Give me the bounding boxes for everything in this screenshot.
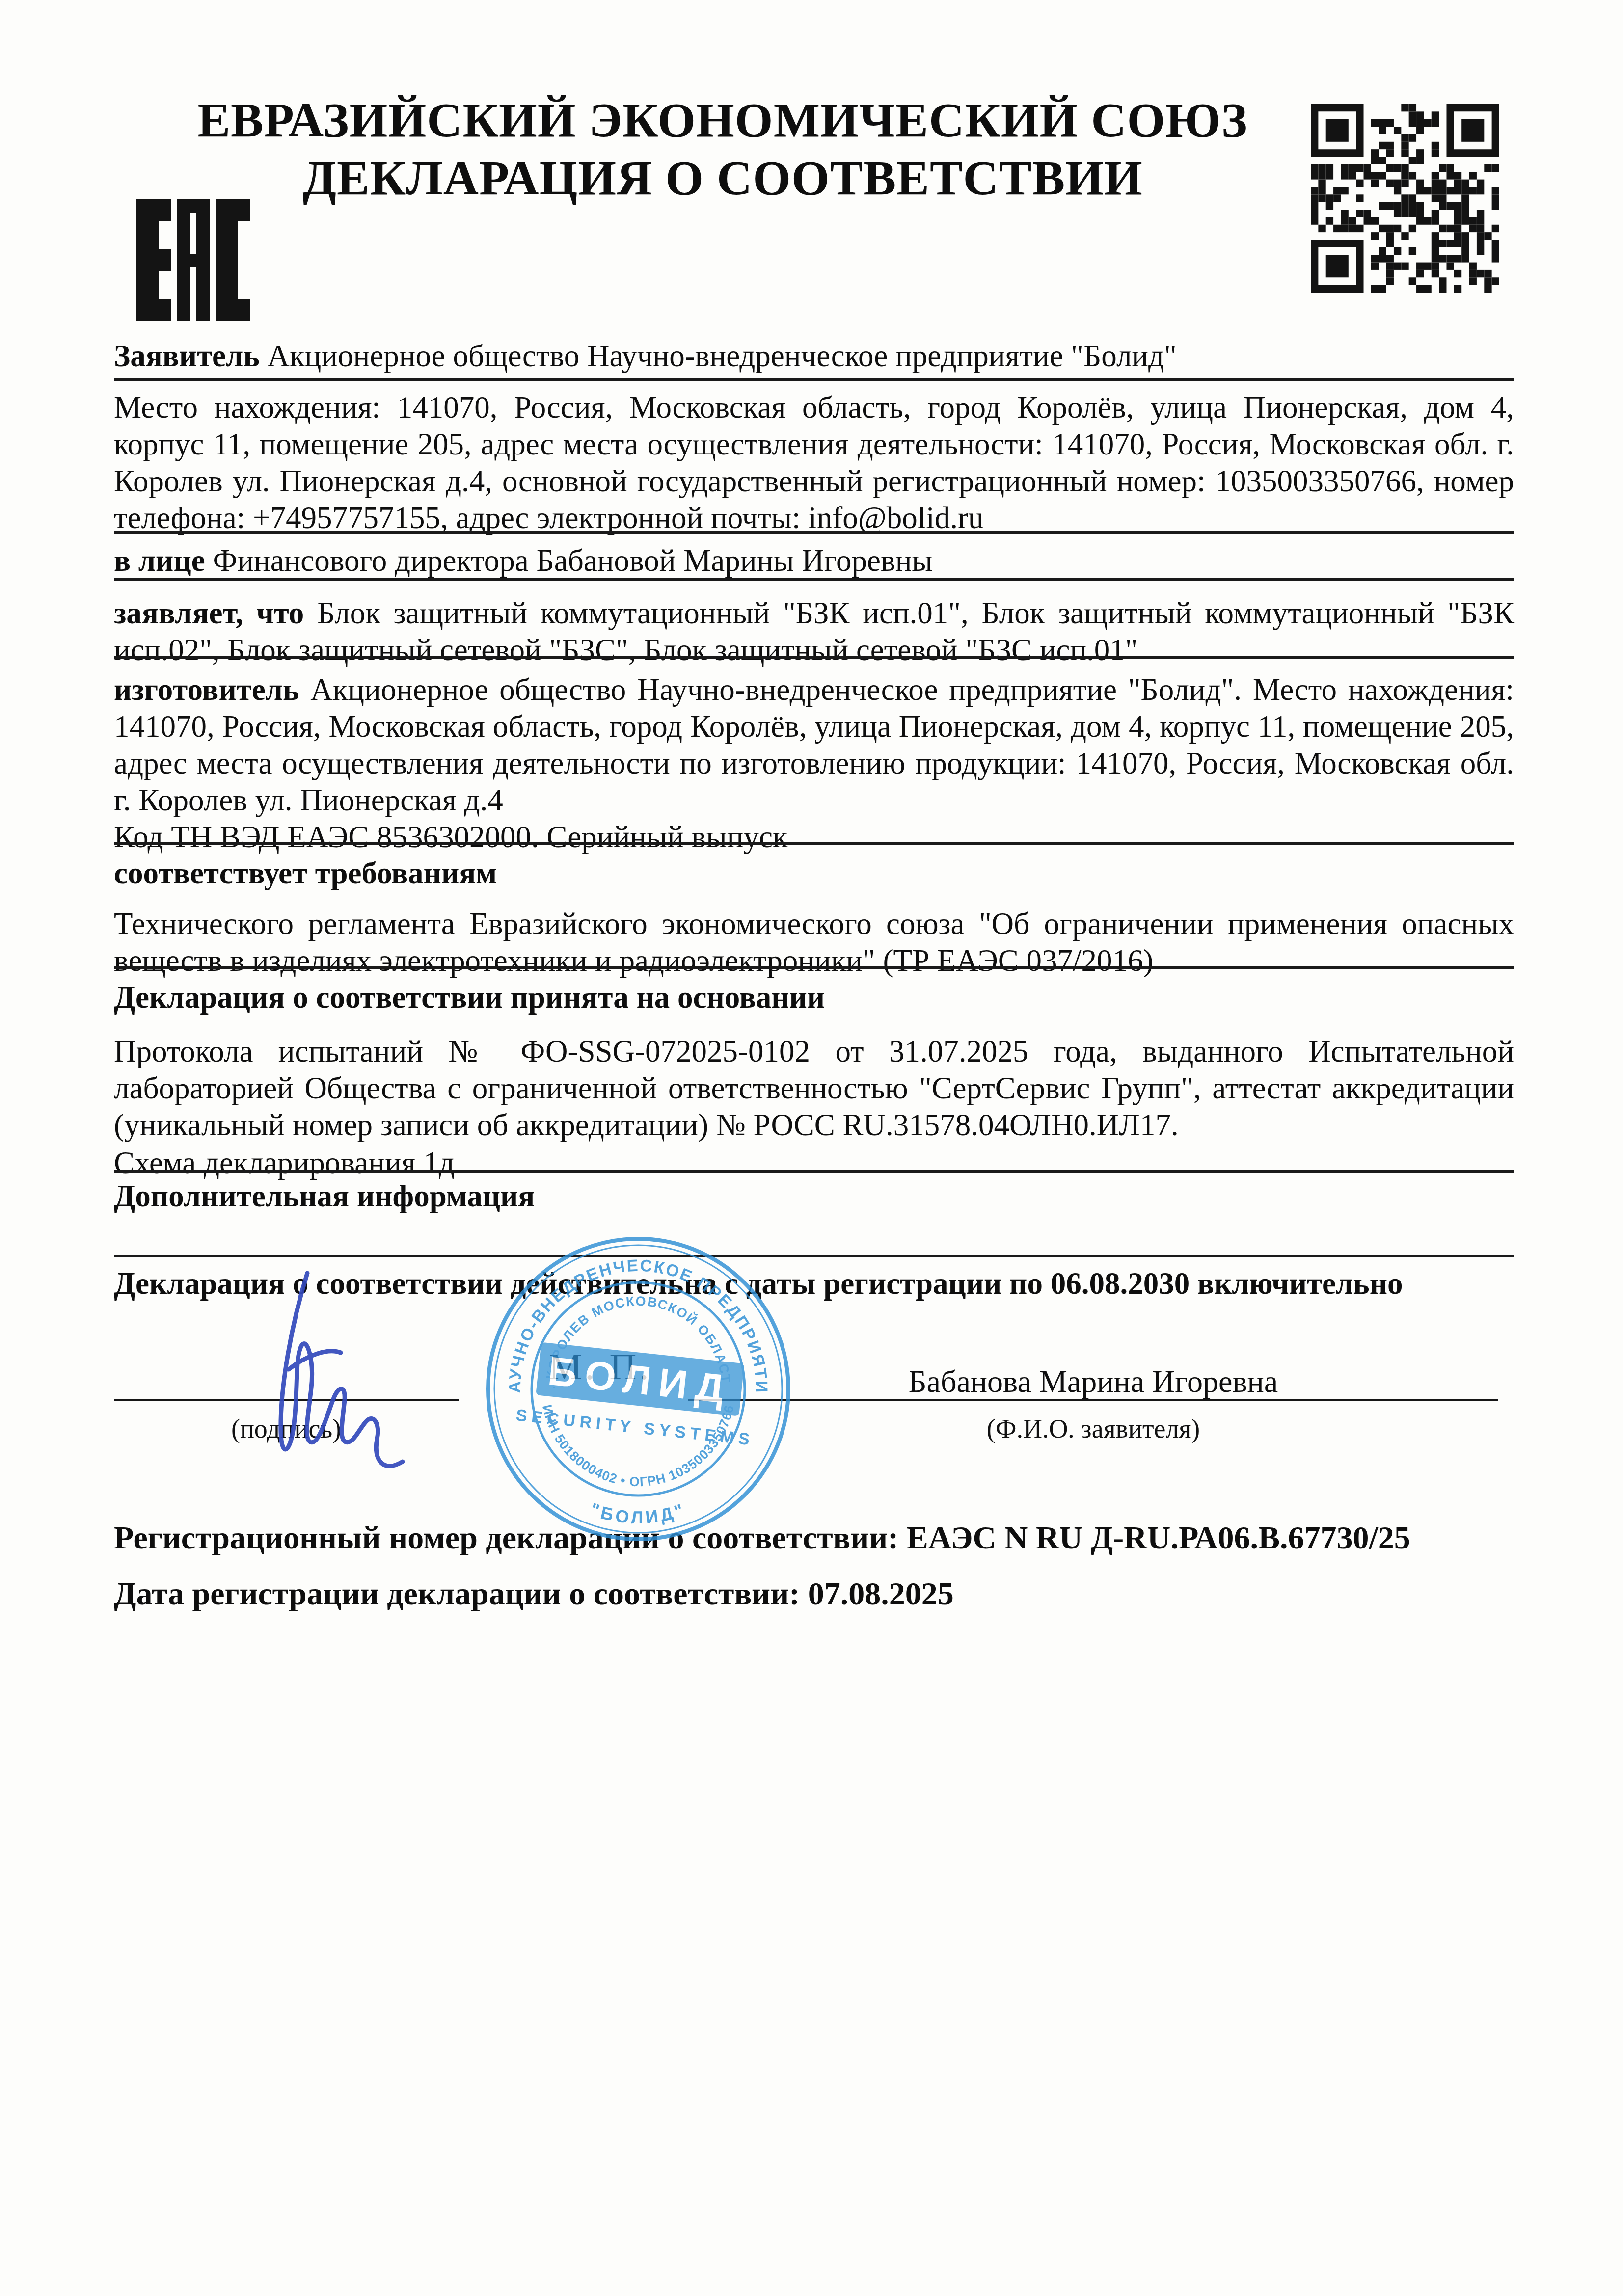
handwritten-signature <box>230 1264 446 1480</box>
applicant-label: Заявитель <box>114 339 260 373</box>
divider <box>114 966 1514 969</box>
basis-text: Протокола испытаний № ФО-SSG-072025-0102… <box>114 1033 1514 1144</box>
registration-number-line: Регистрационный номер декларации о соотв… <box>114 1520 1538 1557</box>
divider <box>114 378 1514 381</box>
basis-heading: Декларация о соответствии принята на осн… <box>114 979 1514 1016</box>
scheme-line: Схема декларирования 1д <box>114 1145 1514 1181</box>
divider <box>114 842 1514 845</box>
divider <box>114 1255 1514 1257</box>
svg-text:"БОЛИД": "БОЛИД" <box>588 1499 689 1527</box>
in-person-row: в лице Финансового директора Бабановой М… <box>114 542 1514 579</box>
divider <box>114 578 1514 581</box>
registration-date-value: 07.08.2025 <box>808 1576 954 1612</box>
compliance-heading: соответствует требованиям <box>114 855 1514 892</box>
applicant-value: Акционерное общество Научно-внедренческо… <box>260 339 1177 373</box>
company-stamp: НАУЧНО-ВНЕДРЕНЧЕСКОЕ ПРЕДПРИЯТИЕ "БОЛИД"… <box>470 1221 806 1557</box>
divider <box>114 656 1514 659</box>
registration-date-line: Дата регистрации декларации о соответств… <box>114 1575 1538 1613</box>
in-person-label: в лице <box>114 543 205 578</box>
declaration-title: ДЕКЛАРАЦИЯ О СООТВЕТСТВИИ <box>114 149 1331 207</box>
divider <box>114 1170 1514 1173</box>
manufacturer-value: Акционерное общество Научно-внедренческо… <box>114 672 1514 817</box>
declares-label: заявляет, что <box>114 596 304 630</box>
divider <box>114 531 1514 534</box>
registration-number-value: ЕАЭС N RU Д-RU.РА06.В.67730/25 <box>907 1520 1410 1556</box>
manufacturer-paragraph: изготовитель Акционерное общество Научно… <box>114 671 1514 819</box>
document-header: ЕВРАЗИЙСКИЙ ЭКОНОМИЧЕСКИЙ СОЮЗ ДЕКЛАРАЦИ… <box>114 91 1331 207</box>
eac-mark-icon <box>136 198 250 322</box>
union-title: ЕВРАЗИЙСКИЙ ЭКОНОМИЧЕСКИЙ СОЮЗ <box>114 91 1331 149</box>
qr-code-icon <box>1311 104 1499 293</box>
signer-name: Бабанова Марина Игоревна <box>688 1363 1498 1400</box>
applicant-row: Заявитель Акционерное общество Научно-вн… <box>114 338 1514 374</box>
additional-info-heading: Дополнительная информация <box>114 1178 1514 1215</box>
tn-ved-line: Код ТН ВЭД ЕАЭС 8536302000. Серийный вып… <box>114 819 1514 855</box>
applicant-address: Место нахождения: 141070, Россия, Москов… <box>114 389 1514 536</box>
manufacturer-label: изготовитель <box>114 672 299 707</box>
stamp-logo-main: БОЛИД <box>546 1349 734 1413</box>
registration-date-label: Дата регистрации декларации о соответств… <box>114 1576 808 1612</box>
declaration-document-page: ЕВРАЗИЙСКИЙ ЭКОНОМИЧЕСКИЙ СОЮЗ ДЕКЛАРАЦИ… <box>0 0 1623 2296</box>
stamp-outer-bottom-text: "БОЛИД" <box>588 1499 689 1527</box>
signer-name-caption: (Ф.И.О. заявителя) <box>688 1414 1498 1444</box>
in-person-value: Финансового директора Бабановой Марины И… <box>205 543 933 578</box>
